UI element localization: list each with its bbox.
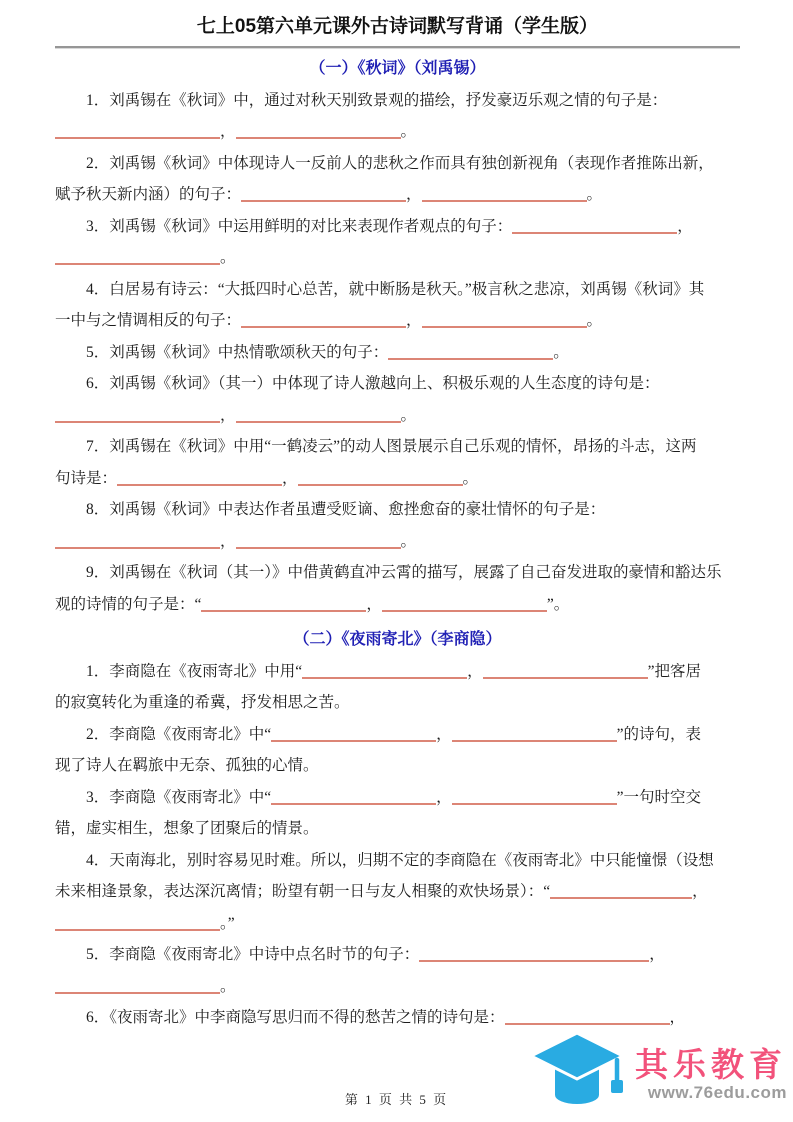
question-text: 的寂寞转化为重逢的希冀，抒发相思之苦。 — [55, 694, 350, 711]
question-line: 1．李商隐在《夜雨寄北》中用“，”把客居 — [55, 656, 740, 688]
blank-field — [271, 725, 436, 742]
question-text: 一中与之情调相反的句子： — [55, 312, 241, 329]
question-text: 。 — [220, 978, 236, 995]
question-line: 2．李商隐《夜雨寄北》中“，”的诗句，表 — [55, 719, 740, 751]
blank-field — [55, 977, 220, 994]
question-text: ， — [692, 883, 708, 900]
blank-field — [388, 343, 553, 360]
question-text: 6．刘禹锡《秋词》（其一）中体现了诗人激越向上、积极乐观的人生态度的诗句是： — [86, 375, 660, 392]
blank-field — [201, 595, 366, 612]
question-text: 。 — [401, 123, 417, 140]
blank-field — [241, 185, 406, 202]
question-line: 错，虚实相生，想象了团聚后的情景。 — [55, 813, 740, 845]
blank-field — [55, 248, 220, 265]
blank-field — [236, 532, 401, 549]
blank-field — [55, 914, 220, 931]
question-text: 。 — [401, 407, 417, 424]
question-text: 1．李商隐在《夜雨寄北》中用“ — [86, 663, 302, 680]
question-line: 3．李商隐《夜雨寄北》中“，”一句时空交 — [55, 782, 740, 814]
section-heading: （一）《秋词》（刘禹锡） — [55, 53, 740, 85]
question-text: 观的诗情的句子是：“ — [55, 596, 201, 613]
question-text: 6．《夜雨寄北》中李商隐写思归而不得的愁苦之情的诗句是： — [86, 1009, 505, 1026]
question-text: ， — [436, 789, 452, 806]
question-line: 赋予秋天新内涵）的句子：，。 — [55, 179, 740, 211]
blank-field — [550, 882, 692, 899]
question-text: 。 — [463, 470, 479, 487]
question-text: ， — [366, 596, 382, 613]
question-line: 2．刘禹锡《秋词》中体现诗人一反前人的悲秋之作而具有独创新视角（表现作者推陈出新… — [55, 148, 740, 180]
question-line: 。 — [55, 971, 740, 1003]
brand-url: www.76edu.com — [648, 1083, 787, 1103]
question-text: 。 — [553, 344, 569, 361]
blank-field — [55, 406, 220, 423]
document-body: （一）《秋词》（刘禹锡）1．刘禹锡在《秋词》中，通过对秋天别致景观的描绘，抒发豪… — [55, 53, 740, 1034]
blank-field — [271, 788, 436, 805]
question-text: ， — [670, 1009, 686, 1026]
brand-logo: 其乐教育 www.76edu.com — [531, 1033, 787, 1118]
question-text: 1．刘禹锡在《秋词》中，通过对秋天别致景观的描绘，抒发豪迈乐观之情的句子是： — [86, 92, 667, 109]
question-text: 赋予秋天新内涵）的句子： — [55, 186, 241, 203]
question-text: ， — [649, 946, 665, 963]
question-text: ， — [467, 663, 483, 680]
brand-name: 其乐教育 — [635, 1048, 787, 1083]
question-text: ， — [220, 533, 236, 550]
question-line: 。 — [55, 242, 740, 274]
question-line: 。” — [55, 908, 740, 940]
question-text: 3．刘禹锡《秋词》中运用鲜明的对比来表现作者观点的句子： — [86, 218, 512, 235]
question-line: 的寂寞转化为重逢的希冀，抒发相思之苦。 — [55, 687, 740, 719]
blank-field — [236, 122, 401, 139]
question-text: ， — [677, 218, 693, 235]
blank-field — [117, 469, 282, 486]
question-text: 句诗是： — [55, 470, 117, 487]
question-text: 8．刘禹锡《秋词》中表达作者虽遭受贬谪、愈挫愈奋的豪壮情怀的句子是： — [86, 501, 605, 518]
blank-field — [422, 185, 587, 202]
question-line: 3．刘禹锡《秋词》中运用鲜明的对比来表现作者观点的句子：， — [55, 211, 740, 243]
blank-field — [382, 595, 547, 612]
question-text: 现了诗人在羁旅中无奈、孤独的心情。 — [55, 757, 319, 774]
blank-field — [302, 662, 467, 679]
question-line: 5．刘禹锡《秋词》中热情歌颂秋天的句子：。 — [55, 337, 740, 369]
blank-field — [505, 1008, 670, 1025]
question-text: ”。 — [547, 596, 569, 613]
question-line: 观的诗情的句子是：“，”。 — [55, 589, 740, 621]
question-text: ， — [282, 470, 298, 487]
question-line: 6．《夜雨寄北》中李商隐写思归而不得的愁苦之情的诗句是：， — [55, 1002, 740, 1034]
graduation-cap-icon — [531, 1033, 627, 1118]
blank-field — [422, 311, 587, 328]
question-text: ， — [220, 123, 236, 140]
question-line: 未来相逢景象，表达深沉离情；盼望有朝一日与友人相聚的欢快场景）：“， — [55, 876, 740, 908]
question-text: 5．李商隐《夜雨寄北》中诗中点名时节的句子： — [86, 946, 419, 963]
blank-field — [55, 122, 220, 139]
question-line: 句诗是：，。 — [55, 463, 740, 495]
question-text: 。” — [220, 915, 235, 932]
question-line: ，。 — [55, 526, 740, 558]
question-line: 5．李商隐《夜雨寄北》中诗中点名时节的句子：， — [55, 939, 740, 971]
question-line: 7．刘禹锡在《秋词》中用“一鹤凌云”的动人图景展示自己乐观的情怀，昂扬的斗志，这… — [55, 431, 740, 463]
question-line: 9．刘禹锡在《秋词（其一）》中借黄鹤直冲云霄的描写，展露了自己奋发进取的豪情和豁… — [55, 557, 740, 589]
question-text: 9．刘禹锡在《秋词（其一）》中借黄鹤直冲云霄的描写，展露了自己奋发进取的豪情和豁… — [86, 564, 722, 581]
question-text: 2．李商隐《夜雨寄北》中“ — [86, 726, 271, 743]
document-title: 七上05第六单元课外古诗词默写背诵（学生版） — [55, 14, 740, 40]
section-heading: （二）《夜雨寄北》（李商隐） — [55, 624, 740, 656]
blank-field — [419, 945, 649, 962]
blank-field — [452, 725, 617, 742]
question-text: 。 — [587, 186, 603, 203]
question-line: 6．刘禹锡《秋词》（其一）中体现了诗人激越向上、积极乐观的人生态度的诗句是： — [55, 368, 740, 400]
question-text: 。 — [401, 533, 417, 550]
question-text: 7．刘禹锡在《秋词》中用“一鹤凌云”的动人图景展示自己乐观的情怀，昂扬的斗志，这… — [86, 438, 697, 455]
question-text: 3．李商隐《夜雨寄北》中“ — [86, 789, 271, 806]
question-text: ， — [406, 186, 422, 203]
title-divider — [55, 46, 740, 49]
question-line: 1．刘禹锡在《秋词》中，通过对秋天别致景观的描绘，抒发豪迈乐观之情的句子是： — [55, 85, 740, 117]
question-text: 未来相逢景象，表达深沉离情；盼望有朝一日与友人相聚的欢快场景）：“ — [55, 883, 550, 900]
question-text: ， — [436, 726, 452, 743]
blank-field — [241, 311, 406, 328]
blank-field — [298, 469, 463, 486]
blank-field — [452, 788, 617, 805]
question-text: ， — [406, 312, 422, 329]
worksheet-page: 七上05第六单元课外古诗词默写背诵（学生版） （一）《秋词》（刘禹锡）1．刘禹锡… — [0, 0, 793, 1122]
question-line: ，。 — [55, 116, 740, 148]
question-text: ， — [220, 407, 236, 424]
question-text: 2．刘禹锡《秋词》中体现诗人一反前人的悲秋之作而具有独创新视角（表现作者推陈出新… — [86, 155, 714, 172]
brand-text-block: 其乐教育 www.76edu.com — [635, 1048, 787, 1104]
question-text: 。 — [587, 312, 603, 329]
question-text: ”一句时空交 — [617, 789, 701, 806]
question-line: ，。 — [55, 400, 740, 432]
question-line: 4．白居易有诗云：“大抵四时心总苦，就中断肠是秋天。”极言秋之悲凉，刘禹锡《秋词… — [55, 274, 740, 306]
question-line: 一中与之情调相反的句子：，。 — [55, 305, 740, 337]
question-text: 4．天南海北，别时容易见时难。所以，归期不定的李商隐在《夜雨寄北》中只能憧憬（设… — [86, 852, 714, 869]
blank-field — [55, 532, 220, 549]
blank-field — [512, 217, 677, 234]
question-text: 4．白居易有诗云：“大抵四时心总苦，就中断肠是秋天。”极言秋之悲凉，刘禹锡《秋词… — [86, 281, 704, 298]
blank-field — [483, 662, 648, 679]
question-text: 。 — [220, 249, 236, 266]
question-line: 4．天南海北，别时容易见时难。所以，归期不定的李商隐在《夜雨寄北》中只能憧憬（设… — [55, 845, 740, 877]
question-line: 现了诗人在羁旅中无奈、孤独的心情。 — [55, 750, 740, 782]
question-line: 8．刘禹锡《秋词》中表达作者虽遭受贬谪、愈挫愈奋的豪壮情怀的句子是： — [55, 494, 740, 526]
question-text: 5．刘禹锡《秋词》中热情歌颂秋天的句子： — [86, 344, 388, 361]
question-text: ”的诗句，表 — [617, 726, 701, 743]
blank-field — [236, 406, 401, 423]
question-text: 错，虚实相生，想象了团聚后的情景。 — [55, 820, 319, 837]
question-text: ”把客居 — [648, 663, 701, 680]
